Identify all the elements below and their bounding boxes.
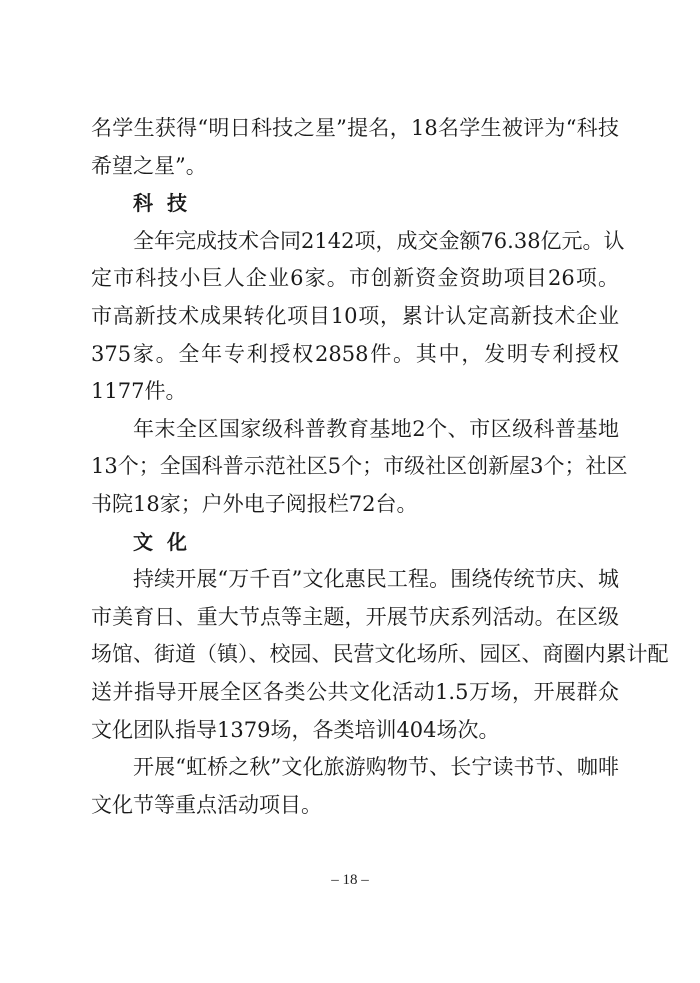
body-line: 市高新技术成果转化项目10项，累计认定高新技术企业 [91, 298, 619, 336]
body-line: 定市科技小巨人企业6家。市创新资金资助项目26项。 [91, 260, 619, 298]
body-line: 希望之星”。 [91, 148, 619, 186]
paragraph-start-line: 年末全区国家级科普教育基地2个、市区级科普基地 [91, 411, 619, 449]
body-line: 13个；全国科普示范社区5个；市级社区创新屋3个；社区 [91, 448, 619, 486]
body-line: 文化团队指导1379场，各类培训404场次。 [91, 712, 619, 750]
body-line: 送并指导开展全区各类公共文化活动1.5万场，开展群众 [91, 674, 619, 712]
body-line: 1177件。 [91, 373, 619, 411]
paragraph-start-line: 持续开展“万千百”文化惠民工程。围绕传统节庆、城 [91, 561, 619, 599]
body-line: 名学生获得“明日科技之星”提名，18名学生被评为“科技 [91, 110, 619, 148]
paragraph-start-line: 开展“虹桥之秋”文化旅游购物节、长宁读书节、咖啡 [91, 749, 619, 787]
paragraph-start-line: 全年完成技术合同2142项，成交金额76.38亿元。认 [91, 223, 619, 261]
body-line: 市美育日、重大节点等主题，开展节庆系列活动。在区级 [91, 599, 619, 637]
section-heading-culture: 文化 [91, 524, 619, 562]
section-heading-science: 科技 [91, 185, 619, 223]
page-number: – 18 – [0, 872, 700, 889]
document-page: 名学生获得“明日科技之星”提名，18名学生被评为“科技 希望之星”。 科技 全年… [91, 110, 619, 824]
body-line: 书院18家；户外电子阅报栏72台。 [91, 486, 619, 524]
body-line: 场馆、街道（镇）、校园、民营文化场所、园区、商圈内累计配 [91, 636, 619, 674]
body-line: 文化节等重点活动项目。 [91, 787, 619, 825]
body-line: 375家。全年专利授权2858件。其中，发明专利授权 [91, 336, 619, 374]
